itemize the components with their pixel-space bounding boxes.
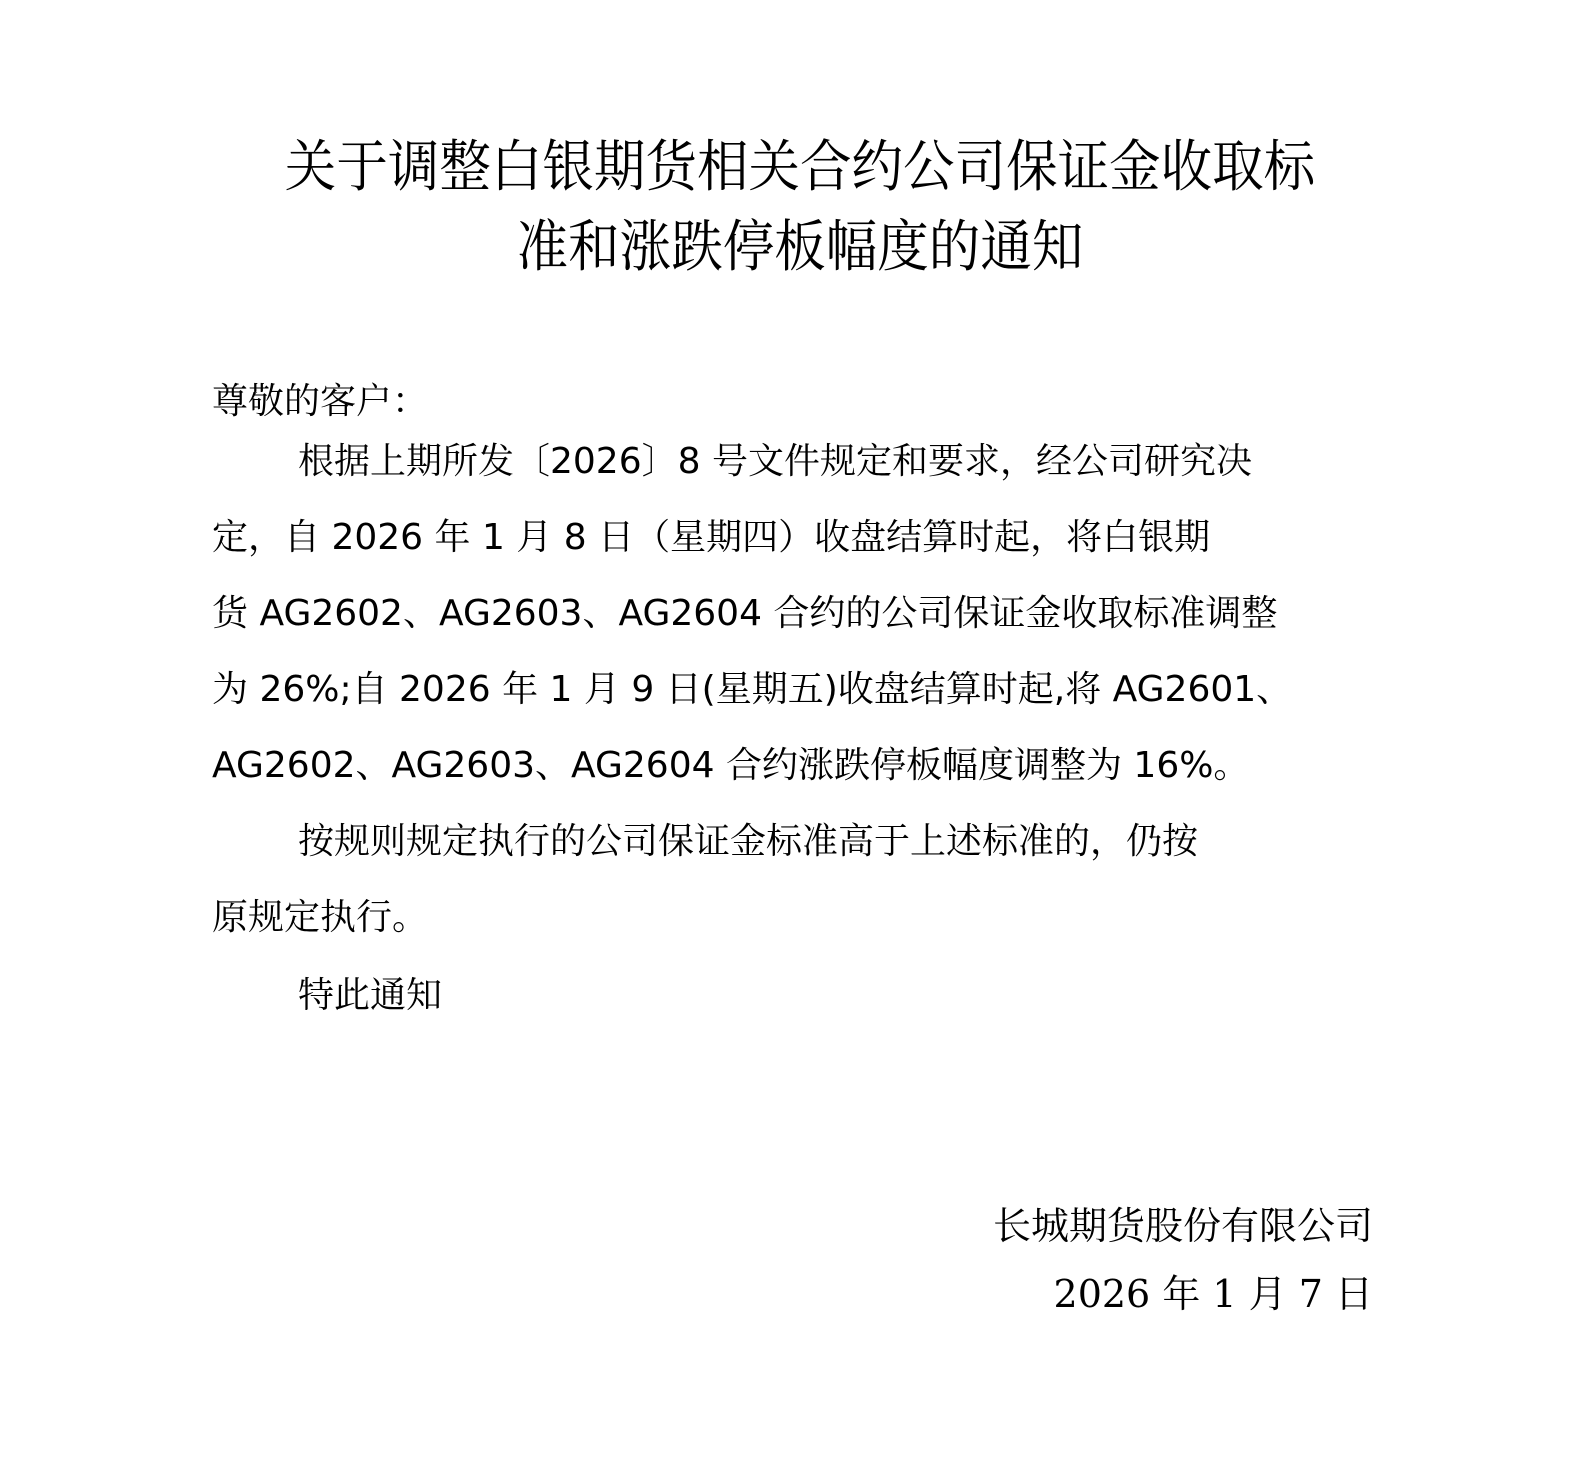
paragraph-1: 根据上期所发〔2026〕8 号文件规定和要求，经公司研究决 定，自 2026 年…: [212, 424, 1382, 804]
paragraph-2-line-1: 按规则规定执行的公司保证金标准高于上述标准的，仍按: [212, 804, 1382, 880]
title-line-1: 关于调整白银期货相关合约公司保证金收取标: [248, 128, 1352, 208]
document-title: 关于调整白银期货相关合约公司保证金收取标 准和涨跌停板幅度的通知: [248, 128, 1352, 288]
paragraph-2-line-2: 原规定执行。: [212, 880, 1382, 956]
notice-page: 关于调整白银期货相关合约公司保证金收取标 准和涨跌停板幅度的通知 尊敬的客户： …: [0, 0, 1587, 1467]
paragraph-1-line-5: AG2602、AG2603、AG2604 合约涨跌停板幅度调整为 16%。: [212, 728, 1382, 804]
closing-text: 特此通知: [212, 958, 1382, 1034]
paragraph-2: 按规则规定执行的公司保证金标准高于上述标准的，仍按 原规定执行。: [212, 804, 1382, 956]
paragraph-1-line-4: 为 26%;自 2026 年 1 月 9 日(星期五)收盘结算时起,将 AG26…: [212, 652, 1382, 728]
paragraph-1-line-1: 根据上期所发〔2026〕8 号文件规定和要求，经公司研究决: [212, 424, 1382, 500]
signature-date: 2026 年 1 月 7 日: [1054, 1260, 1373, 1328]
signature-company: 长城期货股份有限公司: [993, 1192, 1373, 1260]
paragraph-1-line-3: 货 AG2602、AG2603、AG2604 合约的公司保证金收取标准调整: [212, 576, 1382, 652]
paragraph-1-line-2: 定，自 2026 年 1 月 8 日（星期四）收盘结算时起，将白银期: [212, 500, 1382, 576]
title-line-2: 准和涨跌停板幅度的通知: [248, 208, 1352, 288]
closing: 特此通知: [212, 958, 1382, 1034]
